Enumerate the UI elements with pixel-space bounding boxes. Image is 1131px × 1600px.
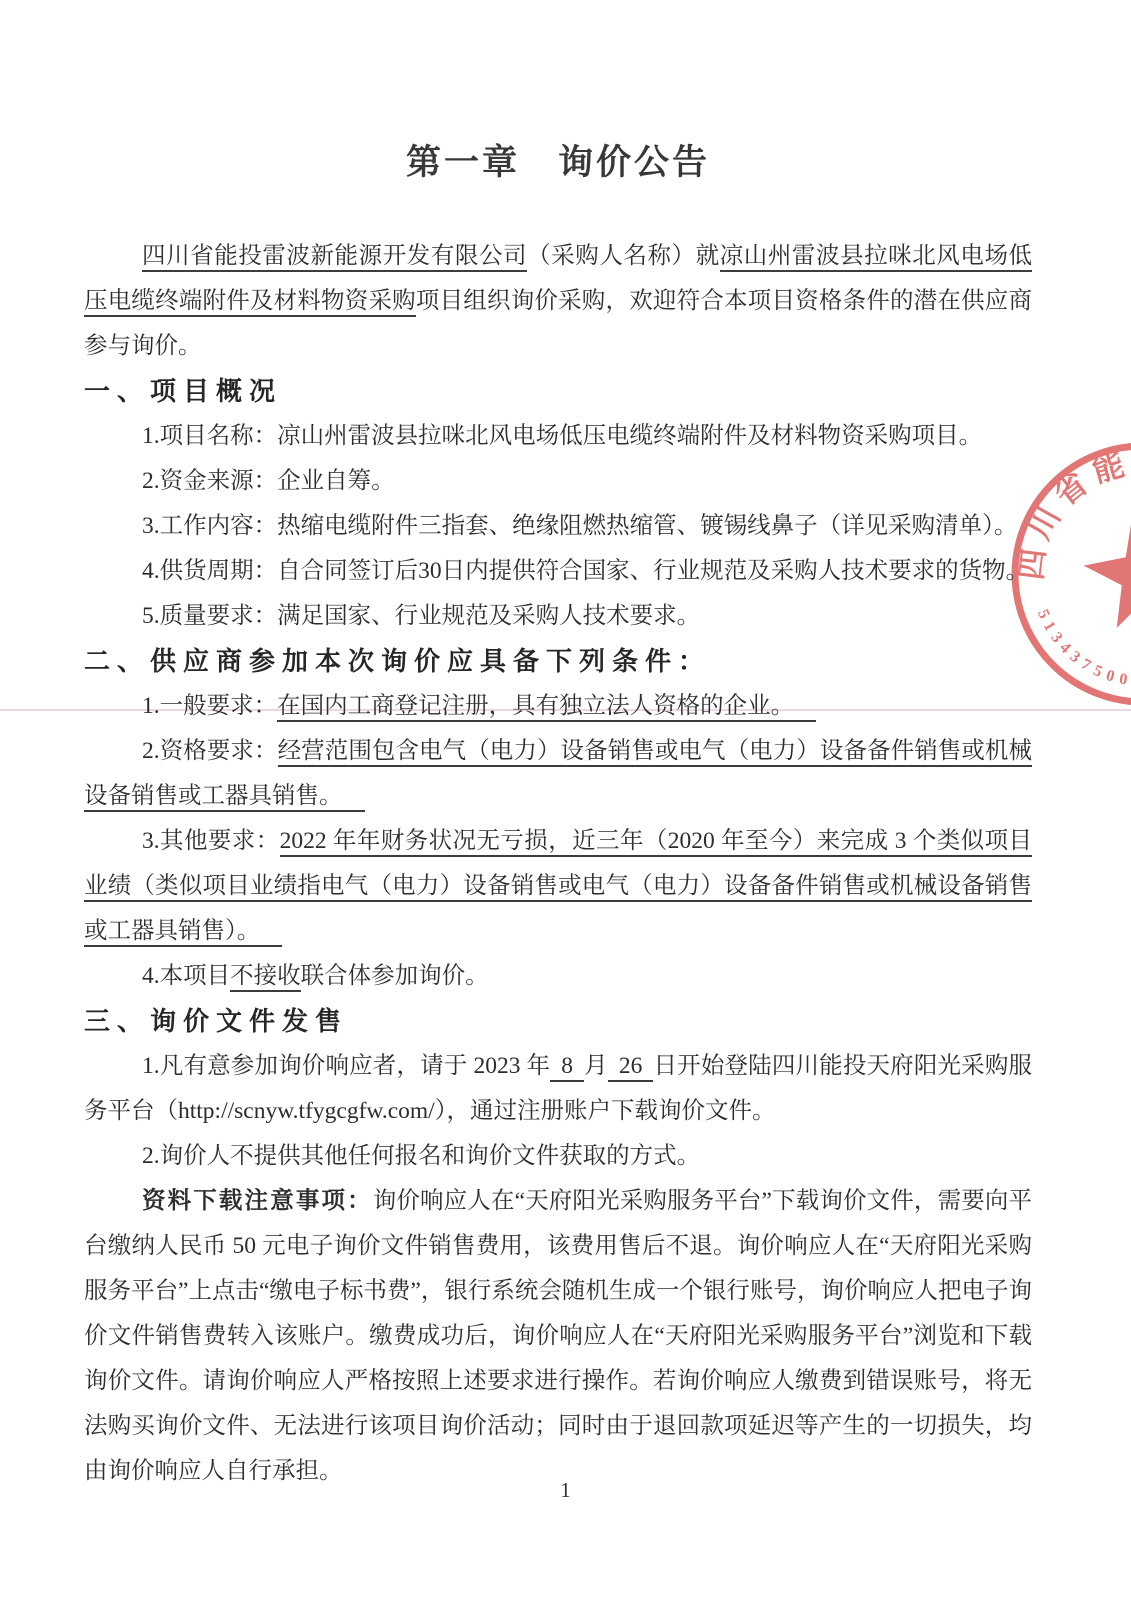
sale-text: 1.凡有意参加询价响应者，请于 2023 年 bbox=[142, 1053, 550, 1079]
sale-text-tail: ），通过注册账户下载询价文件。 bbox=[435, 1098, 776, 1124]
condition-text-tail: 联合体参加询价。 bbox=[301, 963, 489, 989]
star-icon bbox=[1084, 515, 1131, 628]
download-notes-label: 资料下载注意事项： bbox=[142, 1188, 373, 1214]
project-overview-item-1: 1.项目名称：凉山州雷波县拉咪北风电场低压电缆终端附件及材料物资采购项目。 bbox=[84, 414, 1032, 459]
chapter-title: 第一章 询价公告 bbox=[84, 138, 1032, 188]
intro-paragraph: 四川省能投雷波新能源开发有限公司（采购人名称）就凉山州雷波县拉咪北风电场低压电缆… bbox=[84, 234, 1032, 369]
condition-label: 3.其他要求： bbox=[142, 828, 280, 854]
condition-label: 1.一般要求： bbox=[142, 693, 277, 719]
svg-text:513437500054: 513437500054 bbox=[1034, 607, 1131, 690]
project-overview-item-4: 4.供货周期：自合同签订后30日内提供符合国家、行业规范及采购人技术要求的货物。 bbox=[84, 549, 1032, 594]
sale-month-unit: 月 bbox=[584, 1053, 608, 1079]
download-notes-paragraph: 资料下载注意事项：询价响应人在“天府阳光采购服务平台”下载询价文件，需要向平台缴… bbox=[84, 1179, 1032, 1494]
intro-text: （采购人名称）就 bbox=[527, 243, 720, 269]
condition-requirement: 在国内工商登记注册，具有独立法人资格的企业。 bbox=[277, 693, 816, 722]
document-sale-item-2: 2.询价人不提供其他任何报名和询价文件获取的方式。 bbox=[84, 1134, 1032, 1179]
document-body: 第一章 询价公告 四川省能投雷波新能源开发有限公司（采购人名称）就凉山州雷波县拉… bbox=[84, 138, 1032, 1494]
supplier-condition-item-4: 4.本项目不接收联合体参加询价。 bbox=[84, 954, 1032, 999]
document-sale-item-1: 1.凡有意参加询价响应者，请于 2023 年8月26日开始登陆四川能投天府阳光采… bbox=[84, 1044, 1032, 1134]
condition-label: 2.资格要求： bbox=[142, 738, 278, 764]
project-overview-item-2: 2.资金来源：企业自筹。 bbox=[84, 459, 1032, 504]
document-page: 四川省能投雷波 513437500054 第一章 询价公告 四川省能投雷波新能源… bbox=[0, 0, 1131, 1600]
sale-month-value: 8 bbox=[550, 1053, 584, 1082]
supplier-condition-item-1: 1.一般要求：在国内工商登记注册，具有独立法人资格的企业。 bbox=[84, 684, 1032, 729]
platform-url: http://scnyw.tfygcgfw.com/ bbox=[178, 1098, 435, 1124]
download-notes-text: 询价响应人在“天府阳光采购服务平台”下载询价文件，需要向平台缴纳人民币 50 元… bbox=[84, 1188, 1032, 1484]
section-1-heading: 一、项目概况 bbox=[84, 369, 1032, 414]
section-2-heading: 二、供应商参加本次询价应具备下列条件： bbox=[84, 639, 1032, 684]
supplier-condition-item-2: 2.资格要求：经营范围包含电气（电力）设备销售或电气（电力）设备备件销售或机械设… bbox=[84, 729, 1032, 819]
condition-text: 4.本项目 bbox=[142, 963, 230, 989]
seal-serial-number: 513437500054 bbox=[1034, 607, 1131, 690]
project-overview-item-3: 3.工作内容：热缩电缆附件三指套、绝缘阻燃热缩管、镀锡线鼻子（详见采购清单）。 bbox=[84, 504, 1032, 549]
not-accepted-text: 不接收 bbox=[230, 963, 301, 992]
sale-day-value: 26 bbox=[608, 1053, 654, 1082]
supplier-condition-item-3: 3.其他要求：2022 年年财务状况无亏损，近三年（2020 年至今）来完成 3… bbox=[84, 819, 1032, 954]
project-overview-item-5: 5.质量要求：满足国家、行业规范及采购人技术要求。 bbox=[84, 594, 1032, 639]
page-number: 1 bbox=[0, 1478, 1131, 1503]
purchaser-name: 四川省能投雷波新能源开发有限公司 bbox=[142, 243, 527, 272]
section-3-heading: 三、询价文件发售 bbox=[84, 999, 1032, 1044]
